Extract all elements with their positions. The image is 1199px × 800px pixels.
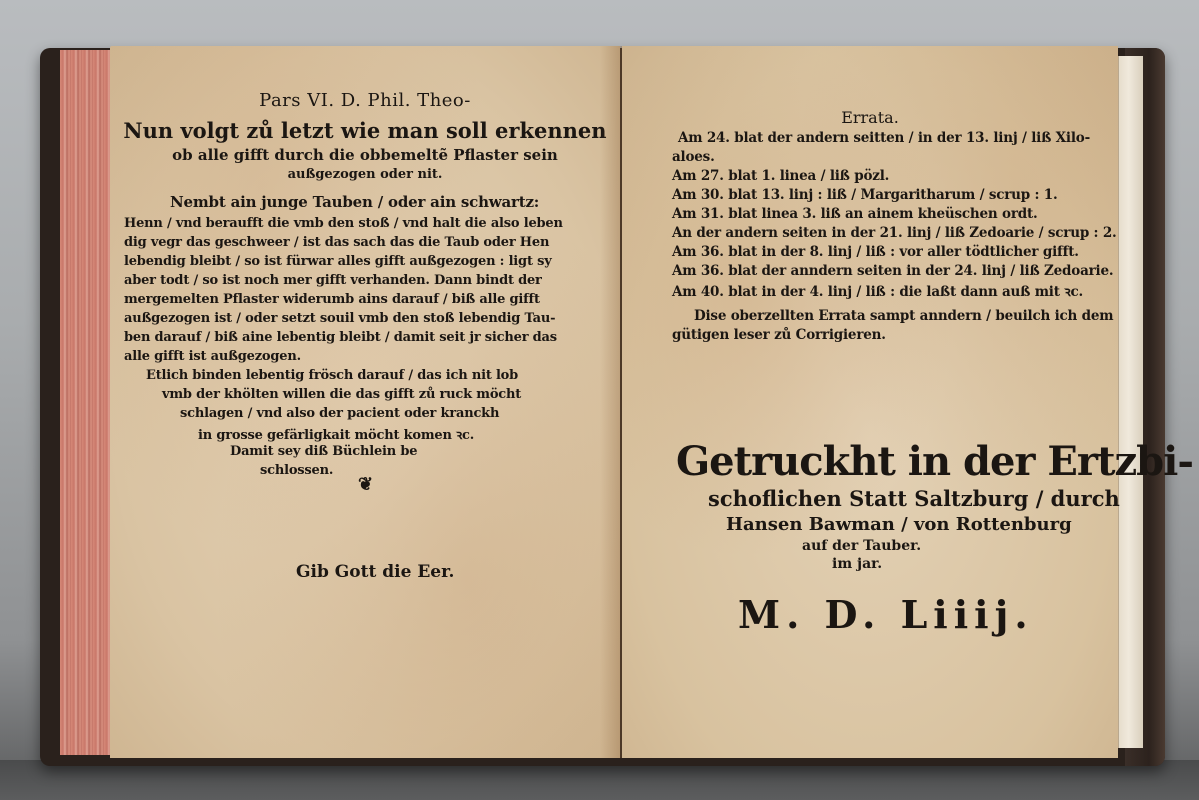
- text-line: Nembt ain junge Tauben / oder ain schwar…: [170, 193, 539, 211]
- heading-line: außgezogen oder nit.: [110, 167, 620, 182]
- errata-line: Am 30. blat 13. linj : liß / Margarithar…: [672, 187, 1058, 203]
- imprint-line: Getruckht in der Ertzbi-: [676, 438, 1193, 485]
- errata-line: aloes.: [672, 149, 715, 165]
- errata-line: Am 40. blat in der 4. linj / liß : die l…: [672, 282, 1083, 300]
- text-line: dig vegr das geschweer / ist das sach da…: [124, 235, 549, 250]
- errata-title: Errata.: [622, 108, 1118, 127]
- right-page: Errata. Am 24. blat der andern seitten /…: [622, 46, 1118, 758]
- errata-note-line: Dise oberzellten Errata sampt anndern / …: [694, 308, 1113, 324]
- imprint-line: schoflichen Statt Saltzburg / durch: [708, 486, 1120, 511]
- imprint-year: M. D. Liiij.: [738, 592, 1034, 637]
- heading-line: Nun volgt zů letzt wie man soll erkennen: [110, 118, 620, 143]
- text-line: schlossen.: [260, 463, 333, 478]
- errata-line: Am 36. blat der anndern seiten in der 24…: [672, 263, 1113, 279]
- text-line: Etlich binden lebentig frösch darauf / d…: [146, 368, 518, 383]
- text-line: außgezogen ist / oder setzt souil vmb de…: [124, 311, 555, 326]
- left-page: Pars VI. D. Phil. Theo- Nun volgt zů let…: [110, 46, 620, 758]
- text-line: vmb der khölten willen die das gifft zů …: [162, 387, 521, 402]
- errata-line: Am 27. blat 1. linea / liß pözl.: [672, 168, 889, 184]
- fleuron-ornament-icon: ❦: [358, 474, 373, 495]
- text-line: in grosse gefärligkait möcht komen ꝛc.: [198, 425, 474, 443]
- table-surface: [0, 760, 1199, 800]
- text-line: lebendig bleibt / so ist fürwar alles gi…: [124, 254, 552, 269]
- text-line: Damit sey diß Büchlein be: [230, 444, 417, 459]
- text-line: ben darauf / biß aine lebentig bleibt / …: [124, 330, 557, 345]
- page-block-edge: [1118, 56, 1143, 748]
- text-line: aber todt / so ist noch mer gifft verhan…: [124, 273, 542, 288]
- text-line: mergemelten Pflaster widerumb ains darau…: [124, 292, 540, 307]
- heading-line: ob alle gifft durch die obbemeltẽ Pflast…: [110, 146, 620, 164]
- red-fore-edge: [60, 50, 116, 755]
- imprint-line: im jar.: [832, 556, 882, 572]
- errata-line: Am 31. blat linea 3. liß an ainem kheüsc…: [672, 206, 1038, 222]
- text-line: schlagen / vnd also der pacient oder kra…: [180, 406, 499, 421]
- text-line: Henn / vnd beraufft die vmb den stoß / v…: [124, 216, 563, 231]
- errata-line: Am 36. blat in der 8. linj / liß : vor a…: [672, 244, 1079, 260]
- imprint-line: Hansen Bawman / von Rottenburg: [726, 514, 1072, 535]
- closing-motto: Gib Gott die Eer.: [296, 562, 454, 582]
- text-line: alle gifft ist außgezogen.: [124, 349, 301, 364]
- errata-note-line: gütigen leser zů Corrigieren.: [672, 327, 886, 343]
- running-head: Pars VI. D. Phil. Theo-: [110, 90, 620, 111]
- errata-line: Am 24. blat der andern seitten / in der …: [678, 130, 1090, 146]
- imprint-line: auf der Tauber.: [802, 538, 921, 554]
- errata-line: An der andern seiten in der 21. linj / l…: [672, 225, 1117, 241]
